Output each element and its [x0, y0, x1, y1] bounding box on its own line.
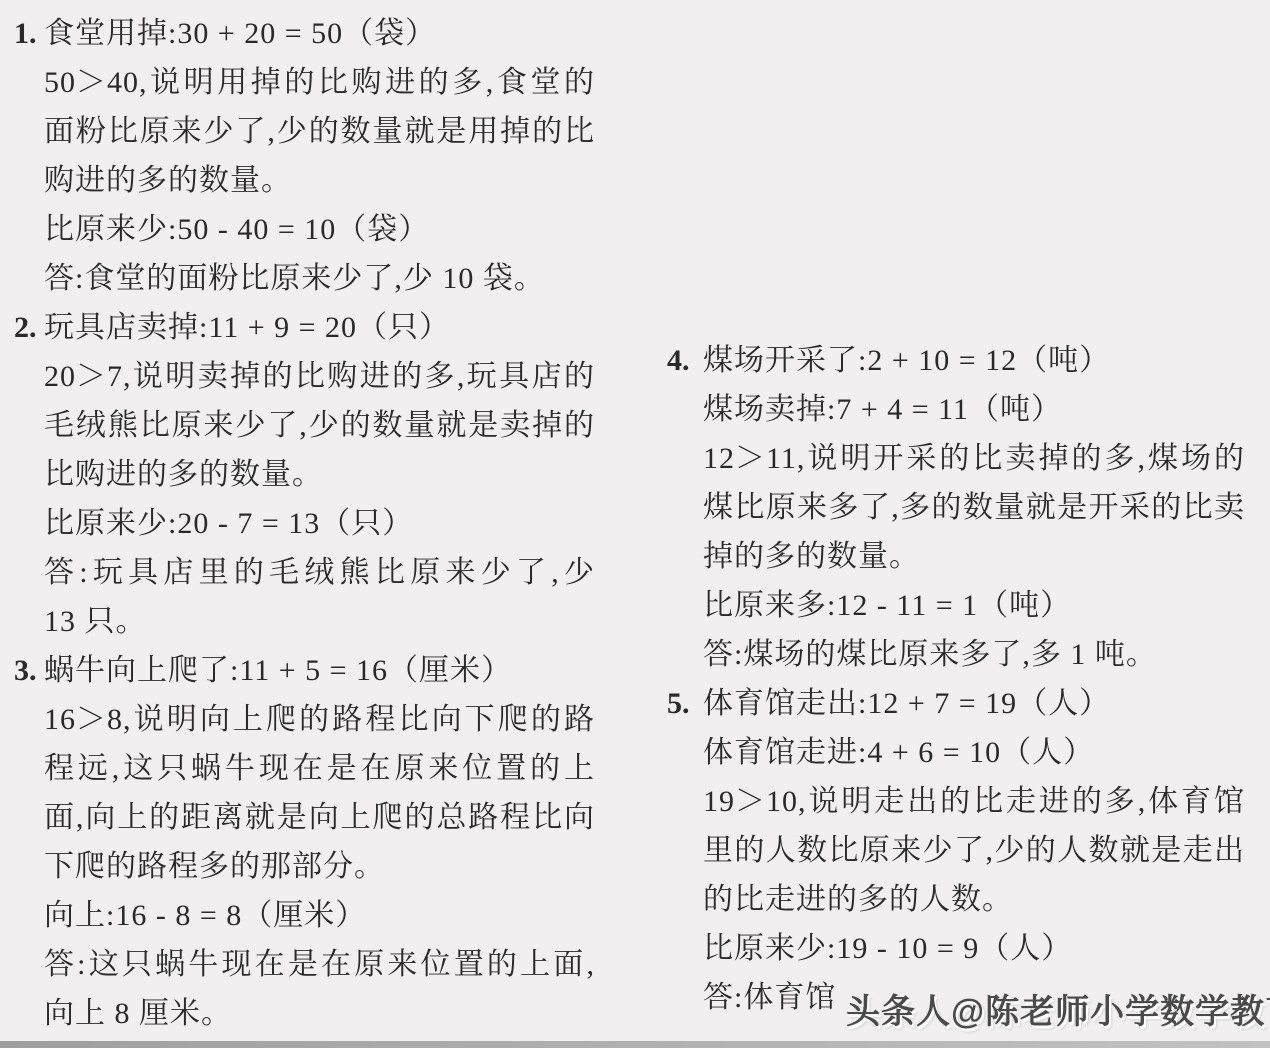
- problem-1: 1. 食堂用掉:30 + 20 = 50（袋） 50＞40,说明用掉的比购进的多…: [14, 9, 595, 303]
- answer-line: 体育馆走进:4 + 6 = 10（人）: [703, 728, 1245, 777]
- worksheet-page: { "page": { "background_color": "#f1efef…: [0, 0, 1270, 1048]
- answer-line: 里的人数比原来少了,少的人数就是走出: [703, 826, 1245, 875]
- answer-line: 煤场卖掉:7 + 4 = 11（吨）: [703, 385, 1245, 434]
- answer-line: 程远,这只蜗牛现在是在原来位置的上: [44, 744, 595, 793]
- answer-line: 答:食堂的面粉比原来少了,少 10 袋。: [44, 254, 595, 303]
- answer-line: 的比走进的多的人数。: [703, 875, 1245, 924]
- answer-line: 比原来少:20 - 7 = 13（只）: [44, 499, 595, 548]
- answer-line: 19＞10,说明走出的比走进的多,体育馆: [703, 777, 1245, 826]
- answer-line: 面,向上的距离就是向上爬的总路程比向: [44, 793, 595, 842]
- answer-line: 比原来少:19 - 10 = 9（人）: [703, 924, 1245, 973]
- answer-line: 答:煤场的煤比原来多了,多 1 吨。: [703, 630, 1245, 679]
- answer-line: 50＞40,说明用掉的比购进的多,食堂的: [44, 58, 595, 107]
- answer-line: 食堂用掉:30 + 20 = 50（袋）: [44, 9, 595, 58]
- problem-4: 4. 煤场开采了:2 + 10 = 12（吨） 煤场卖掉:7 + 4 = 11（…: [667, 336, 1245, 679]
- answer-line: 毛绒熊比原来少了,少的数量就是卖掉的: [44, 401, 595, 450]
- answer-line: 比原来多:12 - 11 = 1（吨）: [703, 581, 1245, 630]
- problem-3-number: 3.: [14, 646, 37, 695]
- answer-line: 答:这只蜗牛现在是在原来位置的上面,: [44, 940, 595, 989]
- answer-line: 12＞11,说明开采的比卖掉的多,煤场的: [703, 434, 1245, 483]
- problem-2-number: 2.: [14, 303, 37, 352]
- answer-line: 16＞8,说明向上爬的路程比向下爬的路: [44, 695, 595, 744]
- answer-line: 体育馆走出:12 + 7 = 19（人）: [703, 679, 1245, 728]
- answer-line: 掉的多的数量。: [703, 532, 1245, 581]
- answer-line: 面粉比原来少了,少的数量就是用掉的比: [44, 107, 595, 156]
- right-column: 4. 煤场开采了:2 + 10 = 12（吨） 煤场卖掉:7 + 4 = 11（…: [667, 336, 1245, 1022]
- problem-2: 2. 玩具店卖掉:11 + 9 = 20（只） 20＞7,说明卖掉的比购进的多,…: [14, 303, 595, 646]
- problem-5-number: 5.: [667, 679, 690, 728]
- left-column: 1. 食堂用掉:30 + 20 = 50（袋） 50＞40,说明用掉的比购进的多…: [14, 9, 595, 1038]
- answer-line: 答:玩具店里的毛绒熊比原来少了,少: [44, 548, 595, 597]
- page-bottom-edge: [0, 1041, 1270, 1048]
- answer-line: 购进的多的数量。: [44, 156, 595, 205]
- answer-line: 玩具店卖掉:11 + 9 = 20（只）: [44, 303, 595, 352]
- problem-5: 5. 体育馆走出:12 + 7 = 19（人） 体育馆走进:4 + 6 = 10…: [667, 679, 1245, 1022]
- answer-line: 向上:16 - 8 = 8（厘米）: [44, 891, 595, 940]
- watermark-text: 头条人@陈老师小学数学教育: [846, 993, 1270, 1031]
- answer-line: 比原来少:50 - 40 = 10（袋）: [44, 205, 595, 254]
- answer-line: 下爬的路程多的那部分。: [44, 842, 595, 891]
- problem-3: 3. 蜗牛向上爬了:11 + 5 = 16（厘米） 16＞8,说明向上爬的路程比…: [14, 646, 595, 1038]
- problem-4-number: 4.: [667, 336, 690, 385]
- answer-line: 煤比原来多了,多的数量就是开采的比卖: [703, 483, 1245, 532]
- problem-1-number: 1.: [14, 9, 37, 58]
- answer-line: 13 只。: [44, 597, 595, 646]
- answer-line: 蜗牛向上爬了:11 + 5 = 16（厘米）: [44, 646, 595, 695]
- answer-line: 20＞7,说明卖掉的比购进的多,玩具店的: [44, 352, 595, 401]
- answer-line: 向上 8 厘米。: [44, 989, 595, 1038]
- answer-line: 比购进的多的数量。: [44, 450, 595, 499]
- answer-line: 煤场开采了:2 + 10 = 12（吨）: [703, 336, 1245, 385]
- watermark: 头条人@陈老师小学数学教育: [846, 984, 1270, 1033]
